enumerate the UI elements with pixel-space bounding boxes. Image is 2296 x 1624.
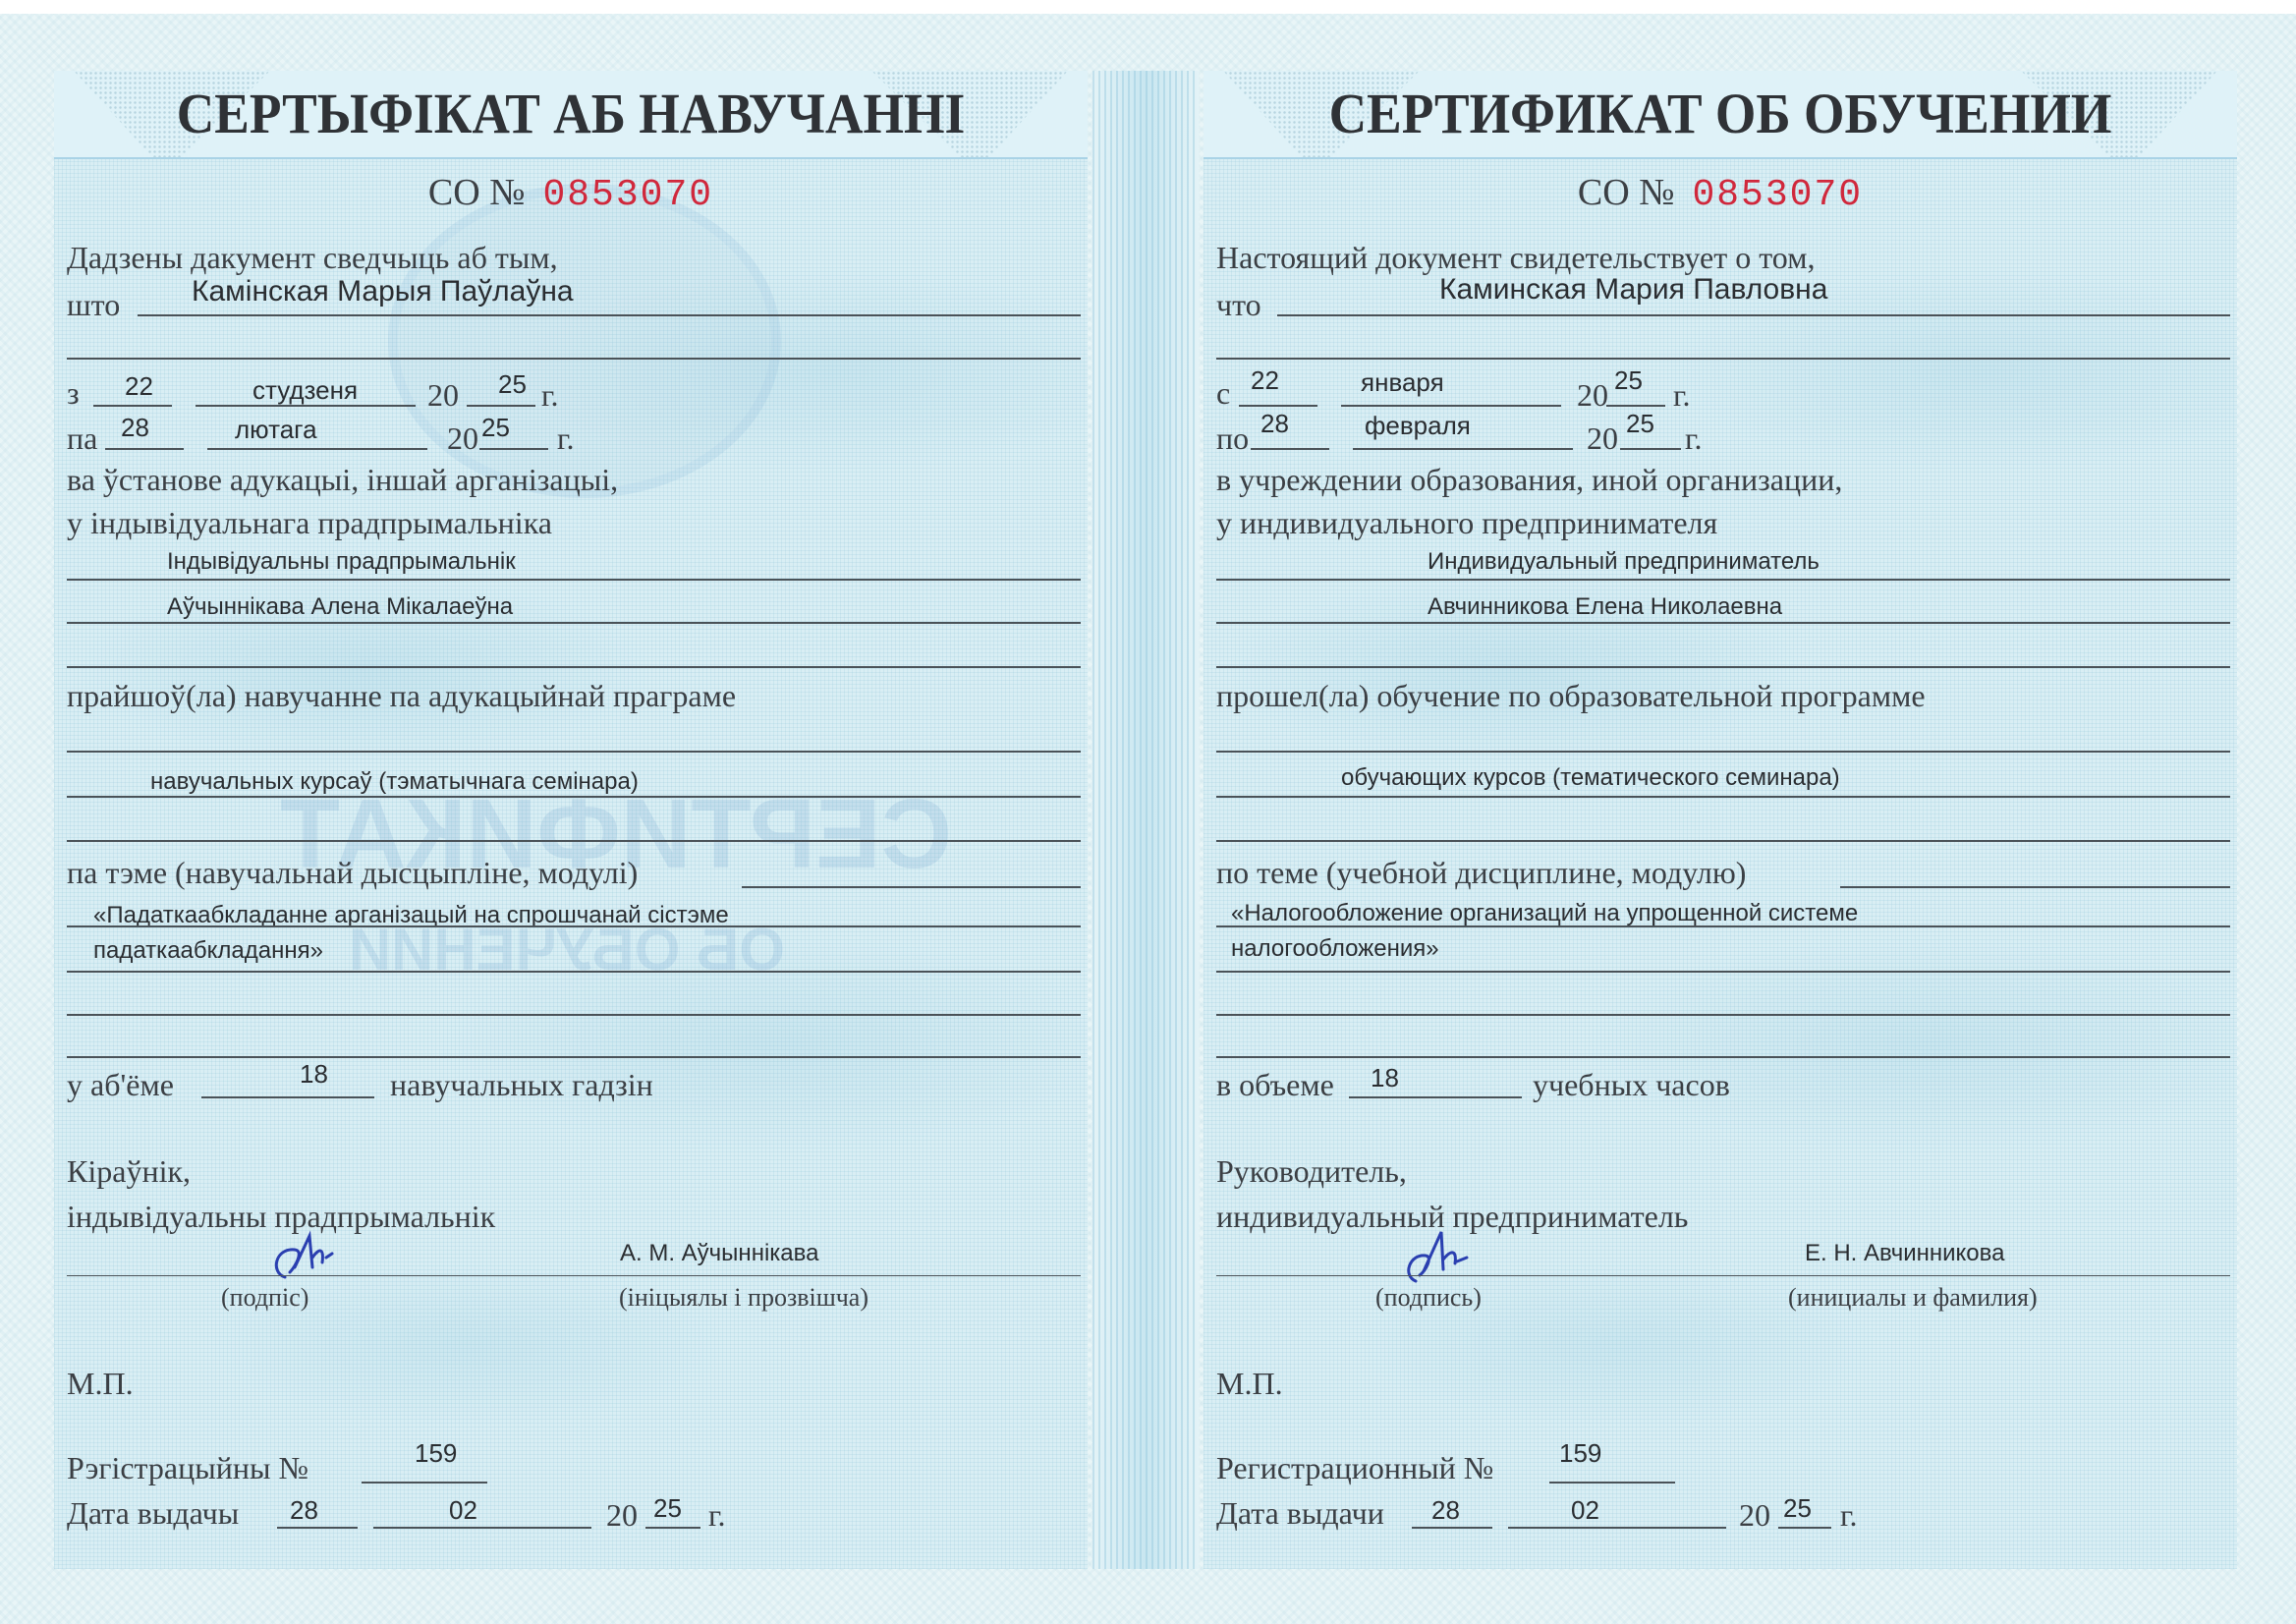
year-suffix: г. <box>541 377 559 414</box>
rule <box>67 579 1081 581</box>
to-day: 28 <box>121 413 149 443</box>
to-year-prefix: 20 <box>1587 420 1618 457</box>
registration-label: Рэгістрацыйны № <box>67 1450 308 1486</box>
from-year-prefix: 20 <box>1577 377 1608 414</box>
rule <box>1216 666 2230 668</box>
signature-rule <box>1216 1275 2230 1276</box>
rule <box>93 405 172 407</box>
rule <box>67 666 1081 668</box>
rule <box>1840 886 2230 888</box>
topic-label: по теме (учебной дисциплине, модулю) <box>1216 855 1746 891</box>
program-value: навучальных курсаў (тэматычнага семінара… <box>150 768 639 796</box>
rule <box>1341 405 1561 407</box>
institution-label-2: у индивидуального предпринимателя <box>1216 505 1717 541</box>
rule <box>138 314 1081 316</box>
from-year-prefix: 20 <box>427 377 459 414</box>
serial-number-row: СО №0853070 <box>1204 171 2237 216</box>
institution-value-2: Аўчыннікава Алена Мікалаеўна <box>167 593 513 621</box>
hours-value: 18 <box>300 1059 328 1090</box>
serial-number: 0853070 <box>1692 174 1863 216</box>
rule <box>479 448 548 450</box>
topic-value-1: «Налогообложение организаций на упрощенн… <box>1231 900 1858 927</box>
rule <box>1277 314 2230 316</box>
signature-caption: (подпись) <box>1375 1283 1482 1313</box>
head-label-1: Кіраўнік, <box>67 1153 191 1190</box>
rule <box>67 840 1081 842</box>
rule <box>67 1056 1081 1058</box>
topic-value-2: налогообложения» <box>1231 935 1439 963</box>
name-caption: (инициалы и фамилия) <box>1788 1283 2038 1313</box>
rule <box>67 1014 1081 1016</box>
rule <box>196 405 416 407</box>
issue-month: 02 <box>449 1495 477 1526</box>
from-month: января <box>1361 367 1444 398</box>
issue-year-prefix: 20 <box>606 1497 638 1534</box>
certificate-scan: СЕРТИФИКАТ ОБ ОБУЧЕНИИ СЕРТЫФІКАТ АБ НАВ… <box>0 0 2296 1624</box>
issue-year-prefix: 20 <box>1739 1497 1770 1534</box>
from-label: з <box>67 375 80 412</box>
to-month: февраля <box>1365 411 1471 441</box>
issue-month: 02 <box>1571 1495 1599 1526</box>
year-suffix: г. <box>1840 1497 1858 1534</box>
rule <box>467 405 535 407</box>
rule <box>1216 840 2230 842</box>
rule <box>201 1096 374 1098</box>
rule <box>67 796 1081 798</box>
rule <box>1216 622 2230 624</box>
serial-number: 0853070 <box>542 174 713 216</box>
head-name: А. М. Аўчыннікава <box>620 1240 818 1267</box>
certificate-page-russian: СЕРТИФИКАТ ОБ ОБУЧЕНИИ СО №0853070 Насто… <box>1204 71 2237 1569</box>
center-fold-strip <box>1092 71 1199 1569</box>
year-suffix: г. <box>1673 377 1691 414</box>
year-suffix: г. <box>1685 420 1703 457</box>
rule <box>1216 925 2230 927</box>
rule <box>67 358 1081 360</box>
signature-mark <box>1398 1226 1486 1289</box>
issue-year: 25 <box>653 1493 682 1524</box>
seal-label: М.П. <box>1216 1366 1283 1402</box>
certificate-title: СЕРТИФИКАТ ОБ ОБУЧЕНИИ <box>1245 81 2196 146</box>
issue-year: 25 <box>1783 1493 1812 1524</box>
rule <box>742 886 1081 888</box>
head-label-1: Руководитель, <box>1216 1153 1407 1190</box>
full-name-field: Каминская Мария Павловна <box>1439 273 1827 307</box>
from-day: 22 <box>125 371 153 402</box>
seal-label: М.П. <box>67 1366 134 1402</box>
rule <box>373 1527 591 1529</box>
institution-label-2: у індывідуальнага прадпрымальніка <box>67 505 552 541</box>
rule <box>67 622 1081 624</box>
to-year-prefix: 20 <box>447 420 478 457</box>
hours-label: у аб'ёме <box>67 1067 174 1103</box>
issue-date-label: Дата выдачы <box>67 1495 239 1532</box>
title-band: СЕРТИФИКАТ ОБ ОБУЧЕНИИ <box>1204 71 2237 159</box>
program-value: обучающих курсов (тематического семинара… <box>1341 764 1840 792</box>
to-label: по <box>1216 420 1249 457</box>
who-label: што <box>67 287 120 323</box>
year-suffix: г. <box>708 1497 726 1534</box>
from-year: 25 <box>1614 365 1643 396</box>
institution-label-1: ва ўстанове адукацыі, іншай арганізацыі, <box>67 462 618 498</box>
scan-margin <box>0 0 2296 14</box>
serial-number-row: СО №0853070 <box>54 171 1088 216</box>
registration-number: 159 <box>415 1438 457 1469</box>
rule <box>1216 358 2230 360</box>
to-year: 25 <box>1626 409 1654 439</box>
rule <box>1216 971 2230 973</box>
registration-label: Регистрационный № <box>1216 1450 1493 1486</box>
certificate-page-belarusian: СЕРТИФИКАТ ОБ ОБУЧЕНИИ СЕРТЫФІКАТ АБ НАВ… <box>54 71 1088 1569</box>
topic-label: па тэме (навучальнай дысцыпліне, модулі) <box>67 855 638 891</box>
institution-value-1: Індывідуальны прадпрымальнік <box>167 548 516 576</box>
from-month: студзеня <box>252 375 358 406</box>
rule <box>67 925 1081 927</box>
issue-day: 28 <box>290 1495 318 1526</box>
to-day: 28 <box>1260 409 1289 439</box>
hours-label: в объеме <box>1216 1067 1334 1103</box>
rule <box>1549 1482 1675 1484</box>
rule <box>1508 1527 1726 1529</box>
institution-value-2: Авчинникова Елена Николаевна <box>1428 593 1782 621</box>
program-label: прошел(ла) обучение по образовательной п… <box>1216 678 1926 714</box>
rule <box>1412 1527 1492 1529</box>
rule <box>1251 448 1329 450</box>
institution-value-1: Индивидуальный предприниматель <box>1428 548 1820 576</box>
signature-mark <box>265 1228 354 1287</box>
rule <box>362 1482 487 1484</box>
rule <box>277 1527 358 1529</box>
full-name-field: Камінская Марыя Паўлаўна <box>192 275 574 308</box>
rule <box>1216 796 2230 798</box>
program-label: прайшоў(ла) навучанне па адукацыйнай пра… <box>67 678 736 714</box>
to-month: лютага <box>235 415 317 445</box>
rule <box>1216 751 2230 753</box>
rule <box>1216 1014 2230 1016</box>
rule <box>1349 1096 1522 1098</box>
serial-prefix: СО № <box>428 172 526 213</box>
from-label: с <box>1216 375 1230 412</box>
name-caption: (ініцыялы і прозвішча) <box>619 1283 868 1313</box>
rule <box>1778 1527 1831 1529</box>
rule <box>105 448 184 450</box>
hours-suffix: учебных часов <box>1533 1067 1730 1103</box>
rule <box>1606 405 1665 407</box>
rule <box>1216 1056 2230 1058</box>
rule <box>67 751 1081 753</box>
topic-value-2: падаткаабкладання» <box>93 937 323 965</box>
head-name: Е. Н. Авчинникова <box>1805 1240 2004 1267</box>
who-label: что <box>1216 287 1261 323</box>
rule <box>1353 448 1573 450</box>
rule <box>1620 448 1681 450</box>
certificate-title: СЕРТЫФІКАТ АБ НАВУЧАННІ <box>95 81 1046 146</box>
intro-text: Настоящий документ свидетельствует о том… <box>1216 240 1815 276</box>
issue-date-label: Дата выдачи <box>1216 1495 1384 1532</box>
from-year: 25 <box>498 369 527 400</box>
to-year: 25 <box>481 413 510 443</box>
hours-value: 18 <box>1371 1063 1399 1093</box>
rule <box>1239 405 1317 407</box>
signature-rule <box>67 1275 1081 1276</box>
to-label: па <box>67 420 97 457</box>
year-suffix: г. <box>557 420 575 457</box>
rule <box>67 971 1081 973</box>
rule <box>645 1527 700 1529</box>
rule <box>207 448 427 450</box>
signature-caption: (подпіс) <box>221 1283 308 1313</box>
hours-suffix: навучальных гадзін <box>390 1067 653 1103</box>
issue-day: 28 <box>1431 1495 1460 1526</box>
from-day: 22 <box>1251 365 1279 396</box>
registration-number: 159 <box>1559 1438 1601 1469</box>
serial-prefix: СО № <box>1578 172 1675 213</box>
intro-text: Дадзены дакумент сведчыць аб тым, <box>67 240 558 276</box>
institution-label-1: в учреждении образования, иной организац… <box>1216 462 1842 498</box>
title-band: СЕРТЫФІКАТ АБ НАВУЧАННІ <box>54 71 1088 159</box>
rule <box>1216 579 2230 581</box>
